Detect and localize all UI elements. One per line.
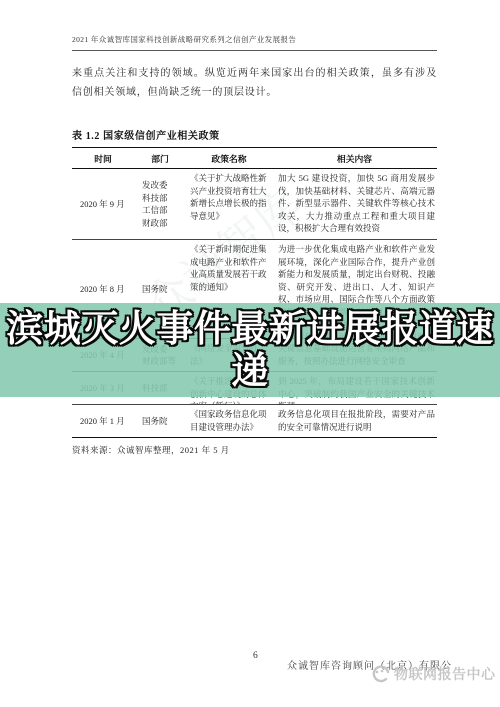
intro-paragraph: 来重点关注和支持的领域。纵览近两年来国家出台的相关政策，虽多有涉及信创相关领域，… (72, 64, 437, 102)
table-row: 2020 年 1 月 国务院 《国家政务信息化项目建设管理办法》 政务信息化项目… (72, 405, 437, 437)
column-header-time: 时间 (72, 152, 134, 165)
report-page: { "header": { "title": "2021 年众诚智库国家科技创新… (0, 0, 500, 707)
column-header-content: 相关内容 (272, 152, 437, 165)
headline-text-line2: 递 (231, 350, 269, 392)
table-row: 2020 年 9 月 发改委 科技部 工信部 财政部 《关于扩大战略性新兴产业投… (72, 169, 437, 240)
cell-time: 2020 年 1 月 (72, 405, 134, 437)
column-header-dept: 部门 (134, 152, 186, 165)
table-header-row: 时间 部门 政策名称 相关内容 (72, 148, 437, 169)
running-header: 2021 年众诚智库国家科技创新战略研究系列之信创产业发展报告 (72, 34, 437, 51)
swirl-logo-icon (370, 663, 392, 685)
table-caption: 表 1.2 国家级信创产业相关政策 (72, 127, 437, 142)
cell-time: 2020 年 9 月 (72, 169, 134, 239)
cell-policy: 《国家政务信息化项目建设管理办法》 (186, 405, 272, 437)
iot-report-center-stamp: 物联网报告中心 (370, 663, 496, 685)
cell-dept: 国务院 (134, 405, 186, 437)
headline-text-line1: 滨城灭火事件最新进展报道速 (6, 308, 494, 350)
column-header-policy: 政策名称 (186, 152, 272, 165)
cell-content: 加大 5G 建设投资，加快 5G 商用发展步伐，加快基础材料、关键芯片、高端元器… (272, 169, 437, 239)
page-number: 6 (253, 651, 258, 661)
iot-report-center-label: 物联网报告中心 (394, 664, 496, 684)
cell-dept: 发改委 科技部 工信部 财政部 (134, 169, 186, 239)
table-source-note: 资料来源：众诚智库整理，2021 年 5 月 (72, 444, 437, 456)
headline-overlay-banner: 滨城灭火事件最新进展报道速 递 (0, 303, 500, 397)
cell-policy: 《关于扩大战略性新兴产业投资培育壮大新增长点增长极的指导意见》 (186, 169, 272, 239)
cell-content: 政务信息化项目在报批阶段，需要对产品的安全可靠情况进行说明 (272, 405, 437, 437)
